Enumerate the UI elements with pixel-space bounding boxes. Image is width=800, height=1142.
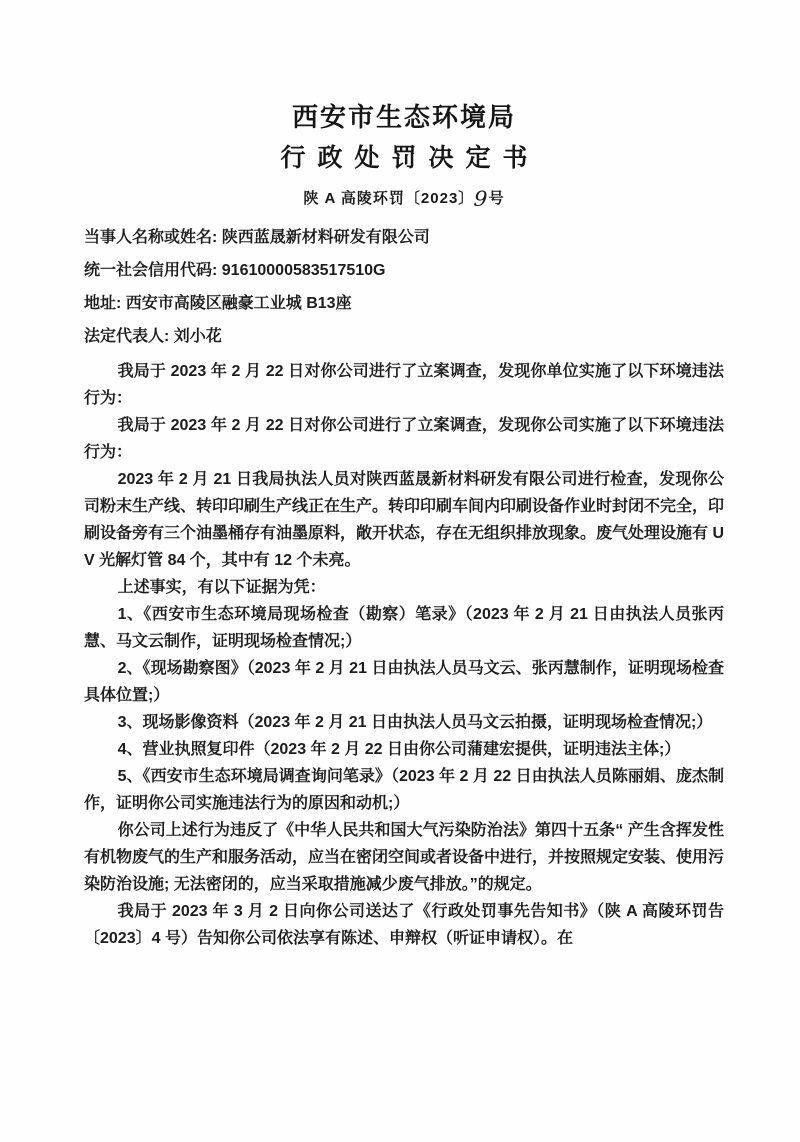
paragraph-evidence-intro: 上述事实，有以下证据为凭： — [84, 574, 724, 601]
document-number: 陕 A 高陵环罚〔2023〕9号 — [84, 186, 724, 210]
party-info-section: 当事人名称或姓名: 陕西蓝晟新材料研发有限公司 统一社会信用代码: 916100… — [84, 225, 724, 350]
document-body: 西安市生态环境局 行政处罚决定书 陕 A 高陵环罚〔2023〕9号 当事人名称或… — [84, 100, 724, 952]
document-number-handwritten-digit: 9 — [473, 188, 489, 210]
address-line: 地址: 西安市高陵区融豪工业城 B13座 — [84, 291, 724, 317]
evidence-item-3: 3、现场影像资料（2023 年 2 月 21 日由执法人员马文云拍摄，证明现场检… — [84, 709, 724, 736]
paragraph-inspection-findings: 2023 年 2 月 21 日我局执法人员对陕西蓝晟新材料研发有限公司进行检查，… — [84, 466, 724, 574]
credit-code-line: 统一社会信用代码: 91610000583517510G — [84, 258, 724, 284]
scanned-document-page: 西安市生态环境局 行政处罚决定书 陕 A 高陵环罚〔2023〕9号 当事人名称或… — [0, 0, 800, 1142]
document-number-suffix: 号 — [489, 190, 505, 207]
evidence-item-4: 4、营业执照复印件（2023 年 2 月 22 日由你公司蒲建宏提供，证明违法主… — [84, 736, 724, 763]
document-title: 行政处罚决定书 — [84, 141, 724, 175]
party-name-line: 当事人名称或姓名: 陕西蓝晟新材料研发有限公司 — [84, 225, 724, 251]
paragraph-legal-basis: 你公司上述行为违反了《中华人民共和国大气污染防治法》第四十五条“ 产生含挥发性有… — [84, 817, 724, 898]
document-text-section: 我局于 2023 年 2 月 22 日对你公司进行了立案调查，发现你单位实施了以… — [84, 358, 724, 952]
paragraph-case-filing-1: 我局于 2023 年 2 月 22 日对你公司进行了立案调查，发现你单位实施了以… — [84, 358, 724, 412]
evidence-item-1: 1、《西安市生态环境局现场检查（勘察）笔录》（2023 年 2 月 21 日由执… — [84, 601, 724, 655]
paragraph-prior-notice: 我局于 2023 年 3 月 2 日向你公司送达了《行政处罚事先告知书》（陕 A… — [84, 898, 724, 952]
agency-title: 西安市生态环境局 — [84, 100, 724, 134]
document-number-prefix: 陕 A 高陵环罚〔2023〕 — [303, 190, 474, 207]
paragraph-case-filing-2: 我局于 2023 年 2 月 22 日对你公司进行了立案调查，发现你公司实施了以… — [84, 412, 724, 466]
legal-representative-line: 法定代表人: 刘小花 — [84, 324, 724, 350]
evidence-item-2: 2、《现场勘察图》（2023 年 2 月 21 日由执法人员马文云、张丙慧制作，… — [84, 655, 724, 709]
evidence-item-5: 5、《西安市生态环境局调查询问笔录》（2023 年 2 月 22 日由执法人员陈… — [84, 763, 724, 817]
